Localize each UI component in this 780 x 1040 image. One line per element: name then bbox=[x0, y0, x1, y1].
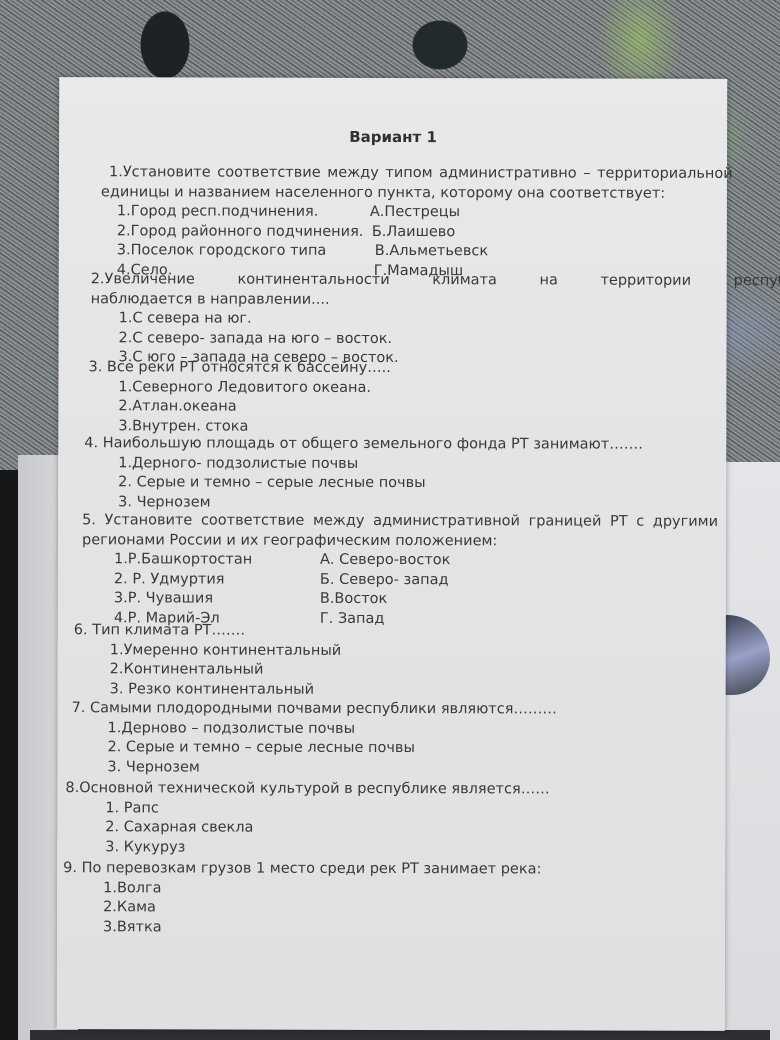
background-bottom-edge bbox=[30, 1030, 770, 1040]
question-5-text-line-1: 5. Установите соответствие между админис… bbox=[82, 511, 718, 532]
question-2-option-2: 2.С северо- запада на юго – восток. bbox=[119, 329, 780, 350]
question-8: 8.Основной технической культурой в респу… bbox=[65, 779, 550, 859]
question-6: 6. Тип климата РТ……. 1.Умеренно континен… bbox=[74, 621, 342, 700]
pair-right: В.Восток bbox=[320, 590, 387, 610]
question-3-text: 3. Все реки РТ относятся к бассейну….. bbox=[88, 358, 390, 378]
pair-right: В.Альметьевск bbox=[375, 242, 488, 262]
question-9-option-1: 1.Волга bbox=[103, 879, 541, 900]
pair-left: 1.Р.Башкортостан bbox=[114, 550, 320, 570]
pair-right: Б.Лаишево bbox=[372, 223, 455, 243]
question-2-option-1: 1.С севера на юг. bbox=[119, 309, 780, 330]
question-4-option-1: 1.Дерного- подзолистые почвы bbox=[118, 454, 643, 475]
question-9-option-2: 2.Кама bbox=[103, 898, 541, 919]
background-underlying-sheet-right bbox=[718, 462, 780, 1040]
question-4-text: 4. Наибольшую площадь от общего земельно… bbox=[84, 434, 643, 455]
question-5-pair: 3.Р. Чувашия В.Восток bbox=[114, 590, 718, 611]
question-5-pair: 2. Р. Удмуртия Б. Северо- запад bbox=[114, 570, 718, 591]
question-4-option-2: 2. Серые и темно – серые лесные почвы bbox=[118, 473, 643, 494]
pair-left: 1.Город респ.подчинения. bbox=[117, 202, 370, 222]
question-2-text-line-1: 2.Увеличение континентальности климата н… bbox=[91, 270, 780, 292]
question-7-option-1: 1.Дерново – подзолистые почвы bbox=[108, 719, 557, 740]
question-4: 4. Наибольшую площадь от общего земельно… bbox=[84, 434, 643, 514]
question-8-option-2: 2. Сахарная свекла bbox=[105, 818, 549, 839]
question-2-text-line-2: наблюдается в направлении.... bbox=[91, 290, 780, 312]
question-2: 2.Увеличение континентальности климата н… bbox=[90, 270, 780, 370]
question-8-option-1: 1. Рапс bbox=[105, 799, 549, 820]
question-9: 9. По перевозкам грузов 1 место среди ре… bbox=[63, 859, 541, 939]
question-1-text-line-1: 1.Установите соответствие между типом ад… bbox=[109, 163, 733, 184]
test-paper-sheet: Вариант 1 1.Установите соответствие межд… bbox=[57, 77, 727, 1031]
question-8-option-3: 3. Кукуруз bbox=[105, 838, 549, 859]
question-8-text: 8.Основной технической культурой в респу… bbox=[65, 779, 549, 800]
document-body: Вариант 1 1.Установите соответствие межд… bbox=[57, 77, 727, 1031]
question-5-pair: 1.Р.Башкортостан А. Северо-восток bbox=[114, 550, 718, 571]
question-7-text: 7. Самыми плодородными почвами республик… bbox=[72, 699, 557, 720]
question-5: 5. Установите соответствие между админис… bbox=[82, 511, 718, 630]
question-9-option-3: 3.Вятка bbox=[103, 918, 541, 939]
question-1-pair: 2.Город районного подчинения. Б.Лаишево bbox=[117, 222, 733, 243]
question-7-option-3: 3. Чернозем bbox=[107, 758, 556, 779]
pair-left: 3.Р. Чувашия bbox=[114, 590, 320, 610]
question-5-text-line-2: регионами России и их географическим пол… bbox=[82, 531, 718, 552]
question-3-option-1: 1.Северного Ледовитого океана. bbox=[118, 378, 390, 398]
variant-title: Вариант 1 bbox=[59, 127, 727, 148]
question-9-text: 9. По перевозкам грузов 1 место среди ре… bbox=[63, 859, 541, 880]
question-7-option-2: 2. Серые и темно – серые лесные почвы bbox=[107, 738, 556, 759]
question-6-option-2: 2.Континентальный bbox=[110, 660, 342, 680]
pair-left: 3.Поселок городского типа bbox=[117, 242, 375, 262]
pair-right: Б. Северо- запад bbox=[320, 571, 449, 591]
pair-right: А. Северо-восток bbox=[320, 551, 450, 571]
pair-right: А.Пестрецы bbox=[370, 203, 460, 223]
pair-left: 2. Р. Удмуртия bbox=[114, 570, 320, 590]
question-3-option-2: 2.Атлан.океана bbox=[118, 397, 390, 417]
question-3: 3. Все реки РТ относятся к бассейну….. 1… bbox=[88, 358, 391, 437]
question-1-text-line-2: единицы и названием населенного пункта, … bbox=[101, 183, 733, 204]
question-6-option-1: 1.Умеренно континентальный bbox=[110, 641, 342, 661]
question-1: 1.Установите соответствие между типом ад… bbox=[109, 163, 733, 282]
question-6-text: 6. Тип климата РТ……. bbox=[74, 621, 342, 641]
question-1-pair: 3.Поселок городского типа В.Альметьевск bbox=[117, 242, 733, 263]
question-6-option-3: 3. Резко континентальный bbox=[110, 680, 342, 700]
question-1-pair: 1.Город респ.подчинения. А.Пестрецы bbox=[117, 202, 733, 223]
question-7: 7. Самыми плодородными почвами республик… bbox=[71, 699, 557, 779]
pair-left: 2.Город районного подчинения. bbox=[117, 222, 372, 242]
